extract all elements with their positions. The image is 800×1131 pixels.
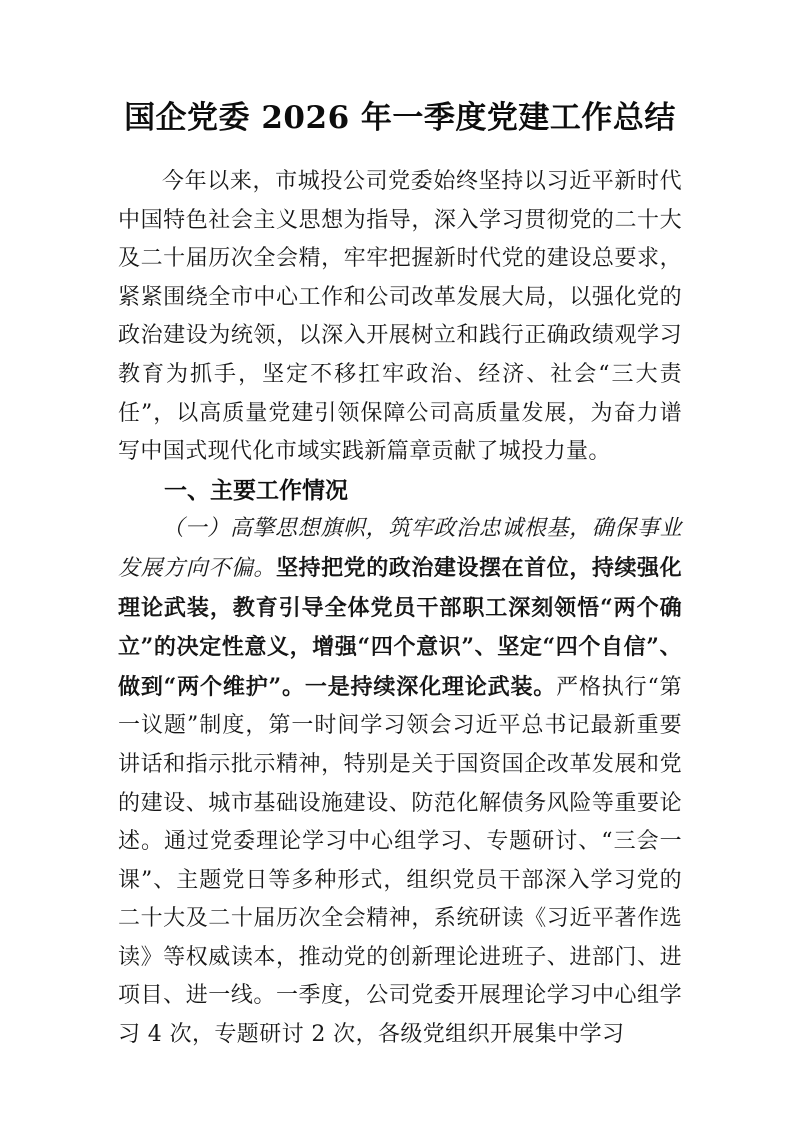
document-page: 国企党委 2026 年一季度党建工作总结 今年以来，市城投公司党委始终坚持以习近… [0, 0, 800, 1131]
point-one-body: 严格执行“第一议题”制度，第一时间学习领会习近平总书记最新重要讲话和指示批示精神… [118, 675, 682, 1047]
document-title: 国企党委 2026 年一季度党建工作总结 [118, 0, 682, 140]
point-one-label: 一是持续深化理论武装。 [305, 674, 556, 700]
intro-paragraph: 今年以来，市城投公司党委始终坚持以习近平新时代中国特色社会主义思想为指导，深入学… [118, 163, 682, 472]
section-one-heading: 一、主要工作情况 [118, 472, 682, 511]
subsection-one-paragraph: （一）高擎思想旗帜，筑牢政治忠诚根基，确保事业发展方向不偏。坚持把党的政治建设摆… [118, 510, 682, 1054]
